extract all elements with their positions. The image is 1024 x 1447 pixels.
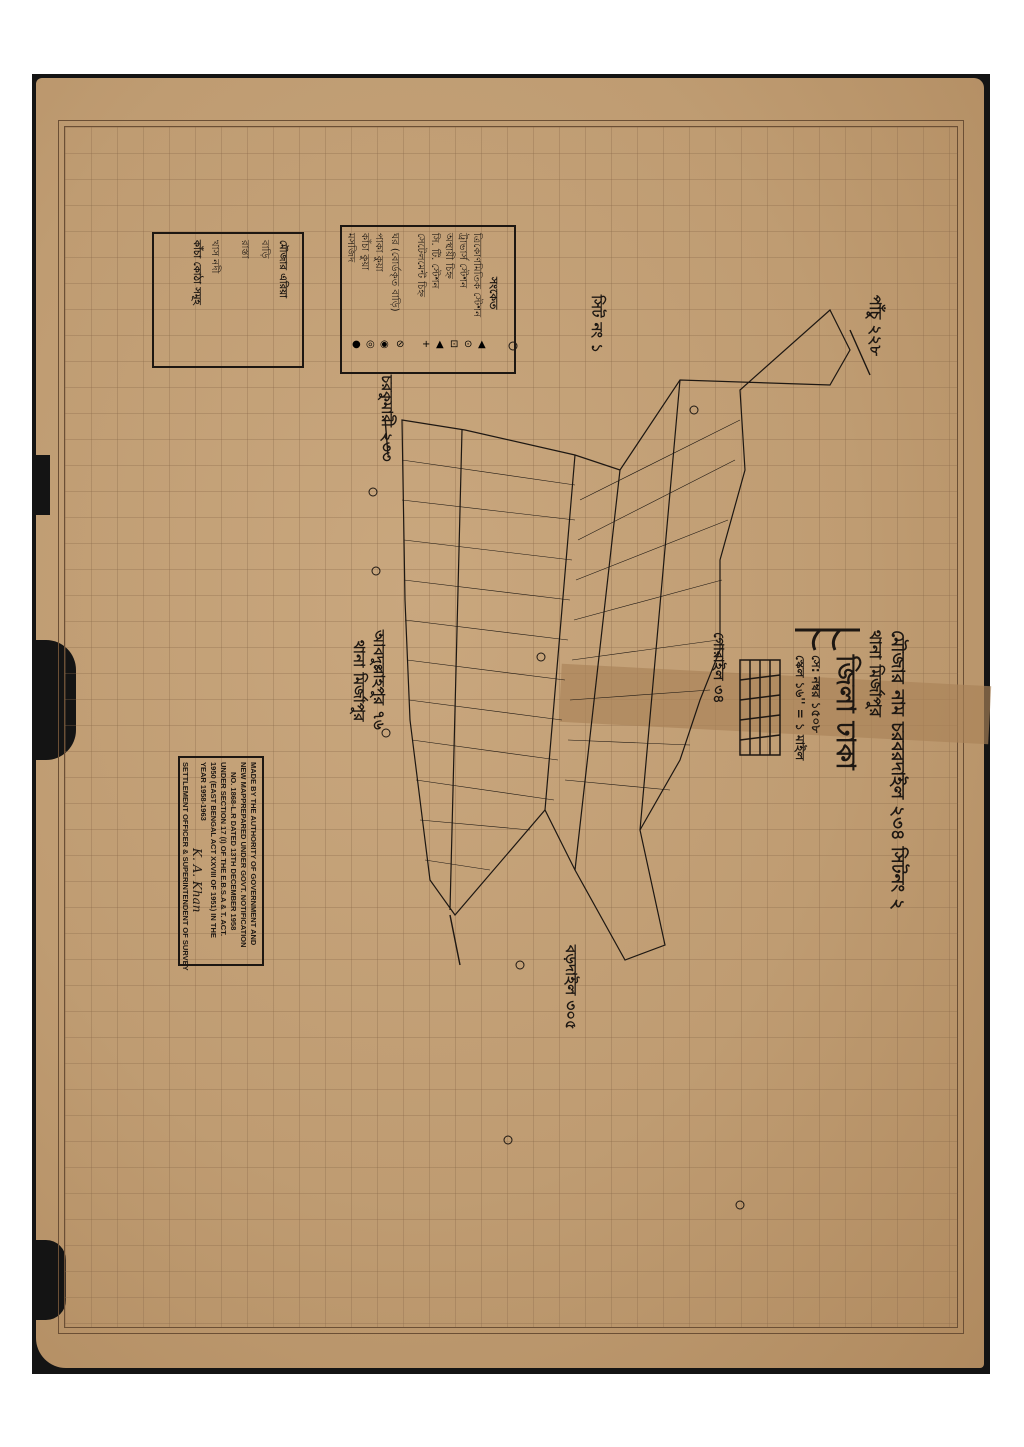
- stamp-line: 1950 (EAST BENGAL ACT XXVIII OF 1951) IN…: [209, 762, 218, 938]
- area-box: মৌজার এরিয়া বাড়ি রাস্তা খাস নদী কাঁচা …: [152, 232, 304, 368]
- square-marker-icon: ⊡: [450, 339, 458, 350]
- mouza-boundary: [402, 310, 850, 960]
- legend-item: ঘর (বোর্ডকৃত বাড়ি): [385, 233, 402, 312]
- legend-item: মসজিদ: [341, 233, 358, 262]
- well-icon: ◎: [366, 339, 375, 350]
- area-row: রাস্তা: [235, 240, 252, 259]
- adjacent-label-charkumari: চরকুমারী ২৩৩: [373, 375, 398, 462]
- adjacent-label-top: পাঁচু ২২৮: [861, 295, 888, 356]
- adjacent-label-bordail: বড়দাইল ৩০৫: [557, 945, 582, 1030]
- area-row: কাঁচা কোঠা সমূহ: [187, 240, 204, 305]
- stamp-line: NEW MAPPREPARED UNDER GOVT. NOTIFICATION: [239, 762, 248, 948]
- legend-item: সেটেলমেন্ট চিহ্ন: [411, 233, 428, 297]
- authority-stamp: MADE BY THE AUTHORITY OF GOVERNMENT AND …: [178, 756, 264, 966]
- legend-box: সংকেত ত্রিকোণমিতিক স্টেশন ট্রাভার্স স্টে…: [340, 225, 516, 374]
- adjacent-label-gorail: গোরাইল ৩৪: [706, 632, 730, 703]
- triangle-icon: ▲: [478, 339, 486, 350]
- area-row: বাড়ি: [255, 240, 272, 258]
- well-icon: ◉: [380, 339, 389, 350]
- cross-icon: +: [422, 339, 430, 350]
- stamp-line: YEAR 1958-1963: [199, 762, 208, 821]
- scale-label: স্কেল ১৬'' = ১ মাইল: [788, 655, 808, 760]
- stamp-line: SETTLEMENT OFFICER & SUPERINTENDENT OF S…: [181, 762, 190, 971]
- legend-heading: সংকেত: [483, 277, 502, 309]
- traverse-station-icon: ⊙: [464, 339, 472, 350]
- stamp-line: UNDER SECTION 17 (I) OF THE E.B.S.A & T.…: [219, 762, 228, 936]
- parcel-map: [0, 0, 1024, 1447]
- adjacent-label-thana: থানা মির্জাপুর: [345, 640, 370, 721]
- area-row: মৌজার এরিয়া: [273, 240, 290, 298]
- house-icon: ⊘: [396, 339, 404, 350]
- signature: K. A. Khan: [190, 848, 204, 912]
- triangle-icon: ▲: [436, 339, 444, 350]
- stamp-line: NO. 1868-L.R DATED 13TH DECEMBER 1958: [229, 772, 238, 930]
- mosque-icon: ●: [352, 339, 361, 350]
- stamp-line: MADE BY THE AUTHORITY OF GOVERNMENT AND: [249, 762, 258, 945]
- area-row: খাস নদী: [205, 240, 222, 273]
- adjacent-label-sheet: সিট নং ১: [583, 295, 608, 353]
- district-title: জিলা ঢাকা: [822, 655, 866, 770]
